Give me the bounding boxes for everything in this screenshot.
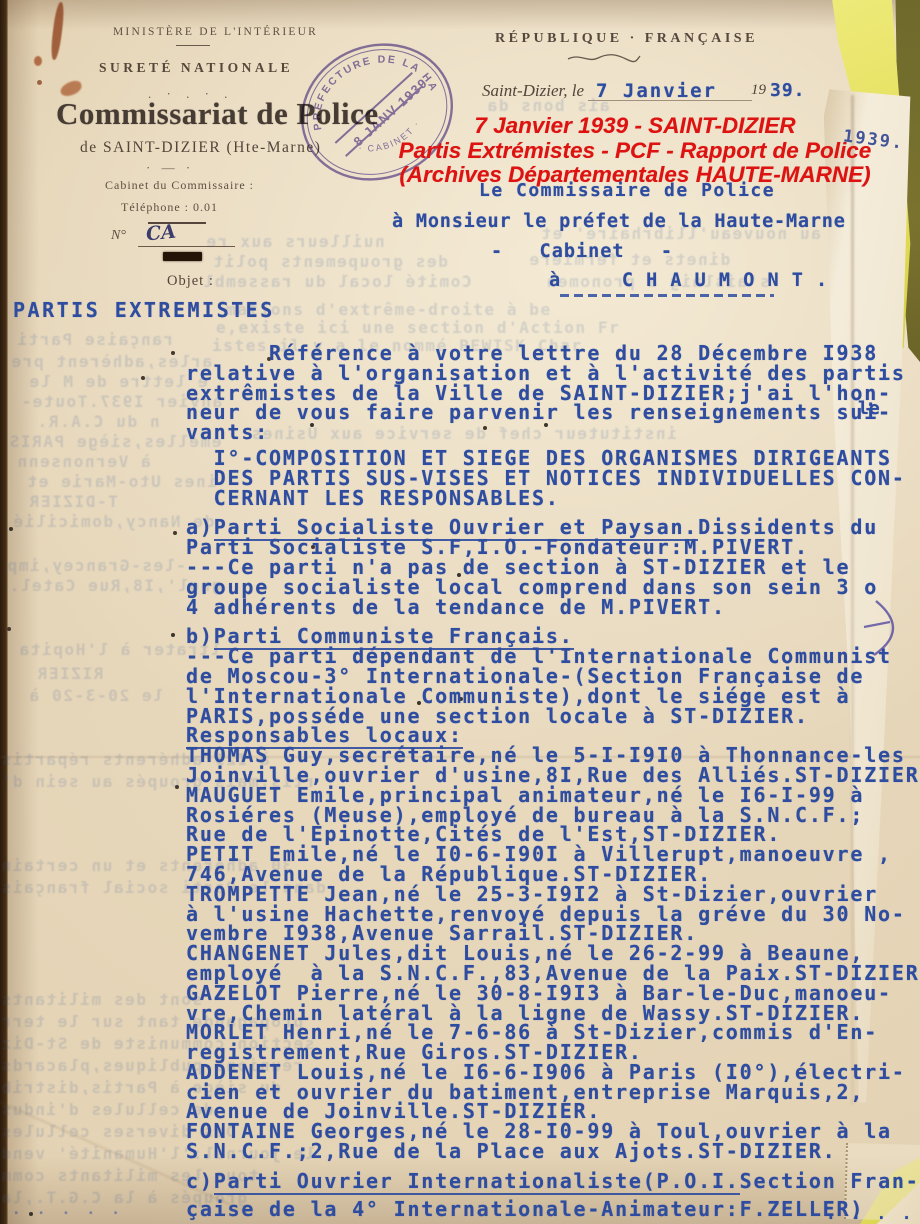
recipient-city-underline bbox=[560, 294, 774, 297]
body-text: c) bbox=[186, 1169, 214, 1193]
body-line: S.N.C.F.;2,Rue de la Place aux Ajots.ST-… bbox=[186, 1142, 920, 1162]
body-text: S.N.C.F.;2,Rue de la Place aux Ajots.ST-… bbox=[186, 1139, 837, 1163]
bleedthrough-text: n du C.A.R. bbox=[36, 412, 160, 431]
body-text: çaise de la 4° Internationale-Animateur:… bbox=[186, 1197, 864, 1221]
bleedthrough-text: -les-Grancey,imp bbox=[6, 556, 186, 575]
bleedthrough-text: arles,adhèrent pre bbox=[10, 352, 212, 371]
body-text: 4 adhérents de la tendance de M.PIVERT. bbox=[186, 595, 726, 619]
scanned-police-report: mations d'extrême-droite à bee,existe ic… bbox=[0, 0, 920, 1224]
republique-header: RÉPUBLIQUE · FRANÇAISE bbox=[495, 31, 758, 47]
body-text: neur de vous faire parvenir les renseign… bbox=[186, 400, 892, 424]
underlined-heading: Parti Ouvrier Internationaliste(P.O.I. bbox=[214, 1169, 740, 1195]
redaction-bar bbox=[163, 252, 202, 261]
typed-dots-left: . . . . . bbox=[12, 1202, 124, 1218]
recipient-city: à C H A U M O N T . bbox=[549, 270, 828, 291]
pen-mark bbox=[862, 595, 912, 667]
body-line: neur de vous faire parvenir les renseign… bbox=[186, 403, 920, 423]
telephone-line: Téléphone : 0.01 bbox=[121, 200, 218, 215]
stray-typed-fragment: le bbox=[858, 398, 880, 419]
bleedthrough-text: à Vernonsenn bbox=[16, 452, 151, 471]
bleedthrough-text: T-DIZIER bbox=[28, 492, 118, 511]
office-city: de SAINT-DIZIER (Hte-Marne) bbox=[80, 139, 321, 157]
bleedthrough-text: RIZIER bbox=[36, 664, 103, 683]
bleedthrough-text: nuilleurs aux re bbox=[205, 232, 385, 251]
objet-label: Objet : bbox=[167, 273, 214, 290]
annotation-line-2: Partis Extrémistes - PCF - Rapport de Po… bbox=[385, 139, 885, 164]
bleedthrough-text: le 20-3-20 à bbox=[28, 686, 163, 705]
body-line: c)Parti Ouvrier Internationaliste(P.O.I.… bbox=[186, 1172, 920, 1192]
bleedthrough-text: e,existe ici une section d'Action Fr bbox=[216, 318, 620, 337]
body-text: CERNANT LES RESPONSABLES. bbox=[214, 486, 560, 510]
dateline-typed-39: 39. bbox=[770, 80, 806, 101]
archive-annotation: 7 Janvier 1939 - SAINT-DIZIER Partis Ext… bbox=[385, 114, 885, 188]
bleedthrough-text: de cellules d'indus bbox=[0, 1100, 213, 1119]
body-text: vants: bbox=[186, 420, 269, 444]
number-rule bbox=[138, 246, 235, 247]
bleedthrough-text: rançaise Parti bbox=[16, 330, 173, 349]
body-line: vants: bbox=[186, 423, 920, 443]
body-line: 4 adhérents de la tendance de M.PIVERT. bbox=[186, 598, 920, 618]
number-handwritten-value: CA bbox=[145, 220, 177, 245]
bleedthrough-text: e lettre de M le bbox=[28, 372, 208, 391]
letterhead-dashdot: · — · bbox=[146, 160, 194, 176]
bleedthrough-text: Comité local du rassembl bbox=[202, 272, 472, 291]
body-text: Section Fran- bbox=[740, 1169, 920, 1193]
letterhead-rule bbox=[176, 45, 210, 46]
dateline-typed-day: 7 Janvier bbox=[596, 80, 717, 102]
body-lines: Référence à votre lettre du 28 Décembre … bbox=[186, 344, 920, 1219]
dateline-rule bbox=[588, 100, 752, 101]
bleedthrough-text: sont des militants bbox=[0, 990, 202, 1009]
recipient-line: à Monsieur le préfet de la Haute-Marne bbox=[392, 211, 846, 232]
number-label: N° bbox=[111, 228, 126, 244]
body-line: çaise de la 4° Internationale-Animateur:… bbox=[186, 1200, 920, 1220]
sender-title: Le Commissaire de Police bbox=[479, 180, 775, 201]
bleedthrough-text: des groupements polit bbox=[212, 252, 448, 271]
annotation-line-1: 7 Janvier 1939 - SAINT-DIZIER bbox=[385, 114, 885, 139]
ministry-header: MINISTÈRE DE L'INTÉRIEUR bbox=[113, 26, 318, 38]
dateline-printed: Saint-Dizier, le bbox=[482, 81, 584, 101]
flourish-line bbox=[566, 52, 642, 64]
dateline-printed-19: 19 bbox=[751, 82, 766, 99]
cabinet-line: Cabinet du Commissaire : bbox=[105, 178, 254, 193]
body-line: CERNANT LES RESPONSABLES. bbox=[186, 489, 920, 509]
recipient-cabinet: - Cabinet - bbox=[491, 241, 673, 262]
objet-value: PARTIS EXTREMISTES bbox=[13, 298, 275, 322]
bleedthrough-text: de Nancy,domicilié bbox=[12, 512, 214, 531]
typed-dots-right: . . . . . . bbox=[826, 1204, 920, 1223]
